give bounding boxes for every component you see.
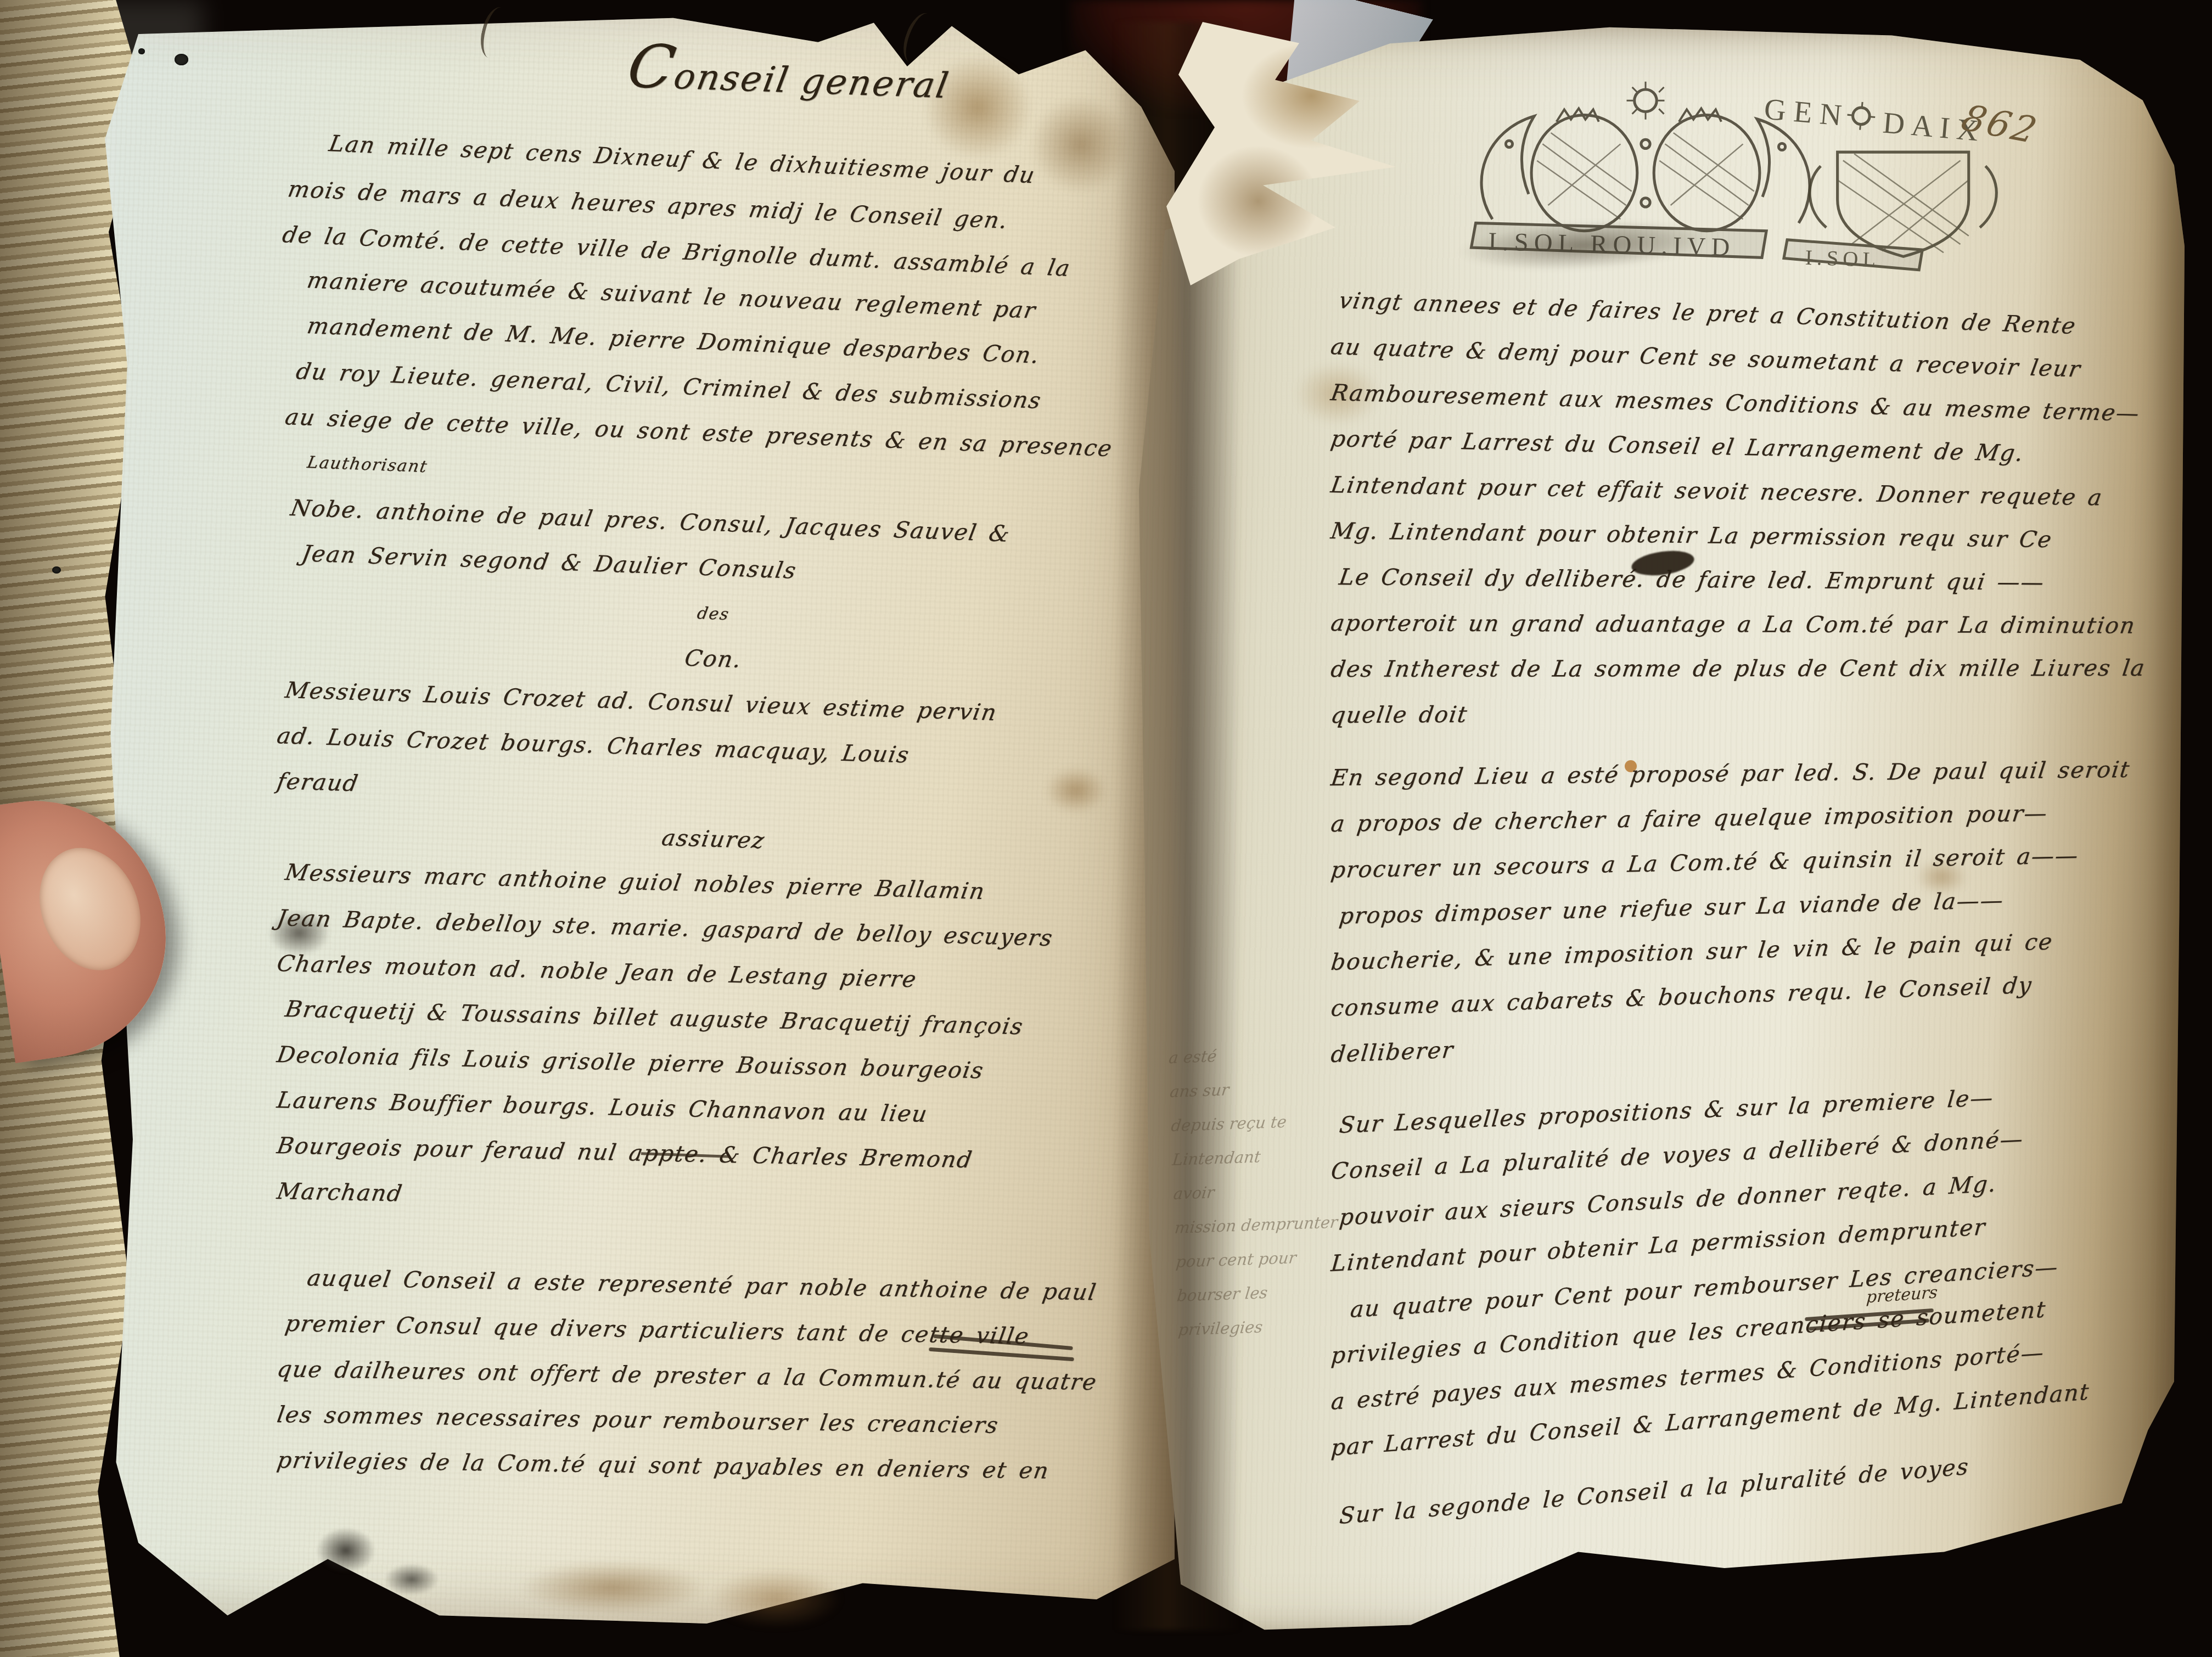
ink-stain bbox=[296, 1512, 461, 1608]
stamp-band-text: I.SOL ROU.IVD bbox=[1488, 227, 1736, 262]
thumb-nail bbox=[22, 833, 158, 986]
right-page-text: vingt annees et de faires le pret a Cons… bbox=[1331, 277, 2160, 1539]
left-page-text: Lan mille sept cens Dixneuf & le dixhuit… bbox=[277, 121, 1150, 1483]
manuscript-line: aporteroit un grand aduantage a La Com.t… bbox=[1328, 600, 2163, 649]
manuscript-line: privilegies bbox=[1176, 1306, 1366, 1347]
worm-hole bbox=[175, 54, 188, 65]
stamp-band-text: I.SOL bbox=[1805, 246, 1880, 272]
stamp-gen-text: GEN bbox=[1763, 92, 1851, 132]
manuscript-line: Le Conseil dy delliberé. de faire led. E… bbox=[1336, 554, 2163, 606]
manuscript-line: quelle doit bbox=[1328, 687, 2163, 738]
page-title: Conseil general bbox=[622, 31, 1052, 115]
manuscript-photo: I.SOL ROU.IVD GEN DAIX I.SOL 862 C bbox=[0, 0, 2212, 1657]
worm-hole bbox=[138, 48, 145, 54]
margin-note: a estéans surdepuis reçu teLintendantavo… bbox=[1168, 1034, 1365, 1347]
manuscript-line: des Intherest de La somme de plus de Cen… bbox=[1328, 645, 2163, 692]
ink-stain bbox=[683, 1556, 870, 1641]
worm-hole bbox=[52, 566, 61, 574]
